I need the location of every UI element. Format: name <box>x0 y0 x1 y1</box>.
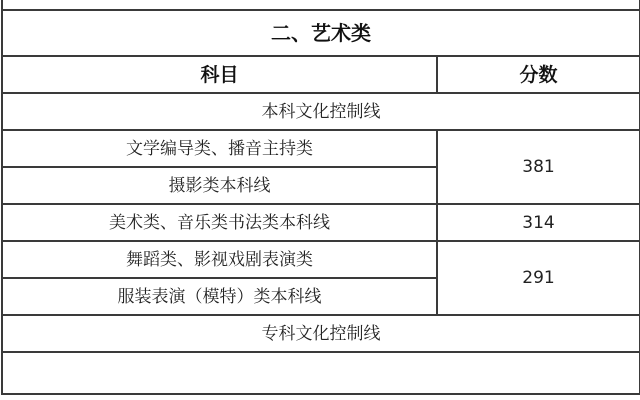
table-row: 美术类、音乐类书法类本科线 314 <box>2 204 640 241</box>
top-partial-cell <box>2 0 640 10</box>
table-row: 舞蹈类、影视戏剧表演类 291 <box>2 241 640 278</box>
bottom-partial-cell <box>2 352 640 394</box>
column-header-subject: 科目 <box>2 56 437 93</box>
section-title: 二、艺术类 <box>2 10 640 56</box>
subject-cell: 美术类、音乐类书法类本科线 <box>2 204 437 241</box>
group-label-undergraduate: 本科文化控制线 <box>2 93 640 130</box>
top-partial-row <box>2 0 640 10</box>
score-cell: 291 <box>437 241 640 315</box>
section-title-row: 二、艺术类 <box>2 10 640 56</box>
column-header-score: 分数 <box>437 56 640 93</box>
column-header-row: 科目 分数 <box>2 56 640 93</box>
subject-cell: 舞蹈类、影视戏剧表演类 <box>2 241 437 278</box>
score-cell: 381 <box>437 130 640 204</box>
group-label-row: 本科文化控制线 <box>2 93 640 130</box>
subject-cell: 摄影类本科线 <box>2 167 437 204</box>
bottom-partial-row <box>2 352 640 394</box>
subject-cell: 文学编导类、播音主持类 <box>2 130 437 167</box>
group-label-junior-college: 专科文化控制线 <box>2 315 640 352</box>
score-cell: 314 <box>437 204 640 241</box>
subject-cell: 服装表演（模特）类本科线 <box>2 278 437 315</box>
score-table-container: 二、艺术类 科目 分数 本科文化控制线 文学编导类、播音主持类 381 摄影类本… <box>0 0 640 395</box>
group-label-row: 专科文化控制线 <box>2 315 640 352</box>
table-row: 文学编导类、播音主持类 381 <box>2 130 640 167</box>
art-category-score-table: 二、艺术类 科目 分数 本科文化控制线 文学编导类、播音主持类 381 摄影类本… <box>1 0 640 395</box>
